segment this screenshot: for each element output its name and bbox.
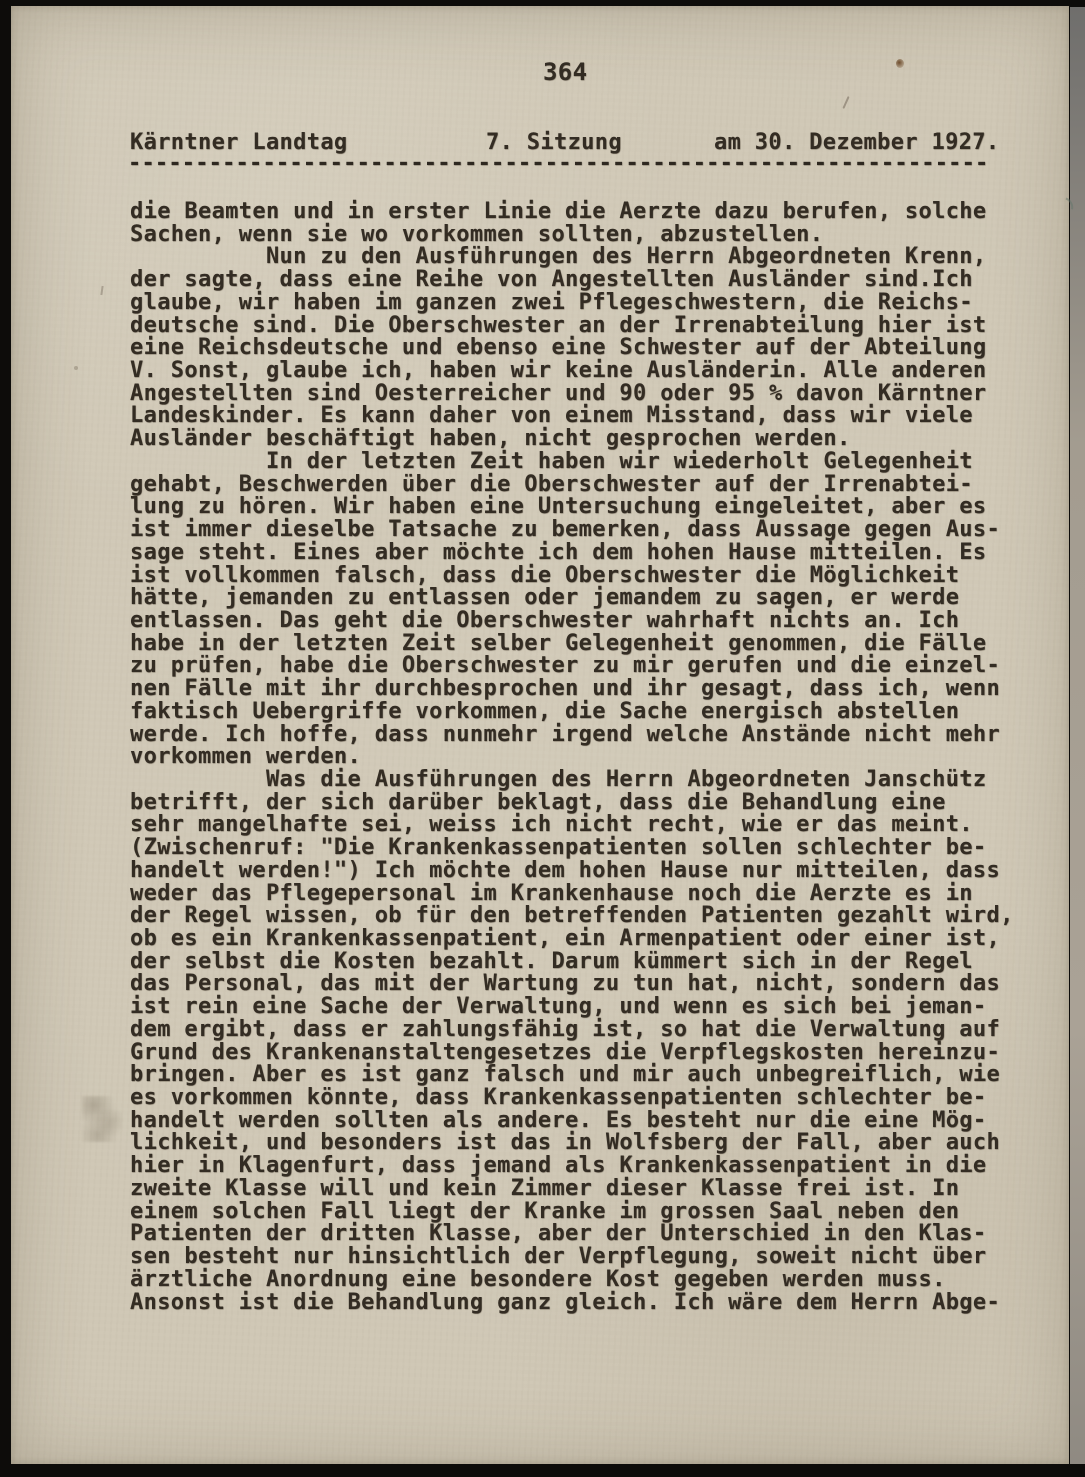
page-number: 364 <box>543 58 587 86</box>
text-line: sehr mangelhafte sei, weiss ich nicht re… <box>130 814 1030 837</box>
text-line: lichkeit, und besonders ist das in Wolfs… <box>130 1132 1030 1155</box>
text-line: der Regel wissen, ob für den betreffende… <box>130 905 1030 928</box>
text-line: V. Sonst, glaube ich, haben wir keine Au… <box>130 360 1030 383</box>
text-line: habe in der letzten Zeit selber Gelegenh… <box>130 633 1030 656</box>
text-line: hier in Klagenfurt, dass jemand als Kran… <box>130 1155 1030 1178</box>
text-line: hätte, jemanden zu entlassen oder jemand… <box>130 587 1030 610</box>
adjacent-page-edge <box>1070 7 1085 1464</box>
text-line: es vorkommen könnte, dass Krankenkassenp… <box>130 1087 1030 1110</box>
margin-smudge <box>82 1096 122 1142</box>
text-line: lung zu hören. Wir haben eine Untersuchu… <box>130 496 1030 519</box>
text-line: Ansonst ist die Behandlung ganz gleich. … <box>130 1292 1030 1315</box>
text-line: ist immer dieselbe Tatsache zu bemerken,… <box>130 519 1030 542</box>
text-line: einem solchen Fall liegt der Kranke im g… <box>130 1201 1030 1224</box>
text-line: betrifft, der sich darüber beklagt, dass… <box>130 792 1030 815</box>
text-line: Grund des Krankenanstaltengesetzes die V… <box>130 1042 1030 1065</box>
text-line: zweite Klasse will und kein Zimmer diese… <box>130 1178 1030 1201</box>
text-line: ärztliche Anordnung eine besondere Kost … <box>130 1269 1030 1292</box>
text-line: dem ergibt, dass er zahlungsfähig ist, s… <box>130 1019 1030 1042</box>
header-divider-dashes: ----------------------------------------… <box>128 151 989 176</box>
text-line: handelt werden!") Ich möchte dem hohen H… <box>130 860 1030 883</box>
text-line: faktisch Uebergriffe vorkommen, die Sach… <box>130 701 1030 724</box>
text-line: deutsche sind. Die Oberschwester an der … <box>130 315 1030 338</box>
text-line: die Beamten und in erster Linie die Aerz… <box>130 201 1030 224</box>
text-line: ob es ein Krankenkassenpatient, ein Arme… <box>130 928 1030 951</box>
paper-speck <box>896 59 904 68</box>
text-line: glaube, wir haben im ganzen zwei Pfleges… <box>130 292 1030 315</box>
margin-dot <box>74 366 78 370</box>
text-line: Landeskinder. Es kann daher von einem Mi… <box>130 405 1030 428</box>
body-text: die Beamten und in erster Linie die Aerz… <box>130 201 1030 1314</box>
text-line: bringen. Aber es ist ganz falsch und mir… <box>130 1064 1030 1087</box>
text-line: Nun zu den Ausführungen des Herrn Abgeor… <box>130 246 1030 269</box>
text-line: weder das Pflegepersonal im Krankenhause… <box>130 883 1030 906</box>
text-line: entlassen. Das geht die Oberschwester wa… <box>130 610 1030 633</box>
text-line: der sagte, dass eine Reihe von Angestell… <box>130 269 1030 292</box>
text-line: ist vollkommen falsch, dass die Oberschw… <box>130 565 1030 588</box>
text-line: gehabt, Beschwerden über die Oberschwest… <box>130 474 1030 497</box>
text-line: nen Fälle mit ihr durchbesprochen und ih… <box>130 678 1030 701</box>
text-line: eine Reichsdeutsche und ebenso eine Schw… <box>130 337 1030 360</box>
text-line: (Zwischenruf: "Die Krankenkassenpatiente… <box>130 837 1030 860</box>
text-line: In der letzten Zeit haben wir wiederholt… <box>130 451 1030 474</box>
text-line: zu prüfen, habe die Oberschwester zu mir… <box>130 655 1030 678</box>
text-line: Ausländer beschäftigt haben, nicht gespr… <box>130 428 1030 451</box>
text-line: Sachen, wenn sie wo vorkommen sollten, a… <box>130 224 1030 247</box>
text-line: das Personal, das mit der Wartung zu tun… <box>130 973 1030 996</box>
text-line: Was die Ausführungen des Herrn Abgeordne… <box>130 769 1030 792</box>
text-line: vorkommen werden. <box>130 746 1030 769</box>
scanned-document-page: 364 Kärntner Landtag 7. Sitzung am 30. D… <box>0 0 1085 1477</box>
text-line: werde. Ich hoffe, dass nunmehr irgend we… <box>130 724 1030 747</box>
text-line: Patienten der dritten Klasse, aber der U… <box>130 1223 1030 1246</box>
text-line: sage steht. Eines aber möchte ich dem ho… <box>130 542 1030 565</box>
text-line: ist rein eine Sache der Verwaltung, und … <box>130 996 1030 1019</box>
text-line: sen besteht nur hinsichtlich der Verpfle… <box>130 1246 1030 1269</box>
